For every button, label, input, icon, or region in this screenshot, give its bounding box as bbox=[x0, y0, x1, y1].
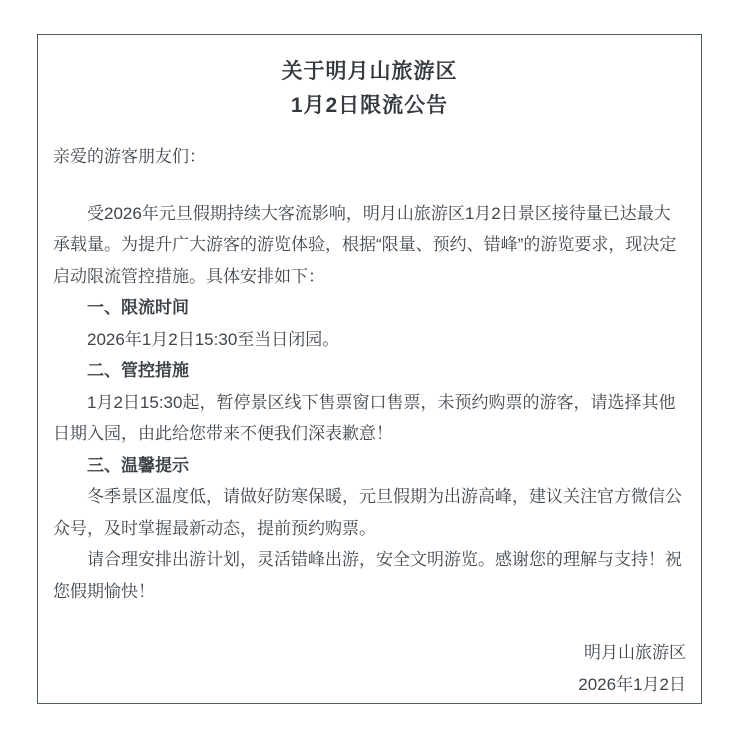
signature-date: 2026年1月2日 bbox=[53, 669, 686, 701]
signature-block: 明月山旅游区 2026年1月2日 bbox=[53, 637, 686, 700]
section-2-body: 1月2日15:30起，暂停景区线下售票窗口售票，未预约购票的游客，请选择其他日期… bbox=[53, 387, 686, 450]
section-3-heading: 三、温馨提示 bbox=[53, 450, 686, 482]
section-3-body: 冬季景区温度低，请做好防寒保暖，元旦假期为出游高峰，建议关注官方微信公众号，及时… bbox=[53, 481, 686, 544]
section-2-heading: 二、管控措施 bbox=[53, 355, 686, 387]
intro-paragraph: 受2026年元旦假期持续大客流影响，明月山旅游区1月2日景区接待量已达最大承载量… bbox=[53, 198, 686, 293]
notice-title-line1: 关于明月山旅游区 bbox=[53, 55, 686, 89]
section-1-heading: 一、限流时间 bbox=[53, 292, 686, 324]
notice-title-line2: 1月2日限流公告 bbox=[53, 89, 686, 123]
signature-name: 明月山旅游区 bbox=[53, 637, 686, 669]
notice-document: 关于明月山旅游区 1月2日限流公告 亲爱的游客朋友们： 受2026年元旦假期持续… bbox=[37, 34, 702, 704]
notice-title: 关于明月山旅游区 1月2日限流公告 bbox=[53, 55, 686, 123]
closing-paragraph: 请合理安排出游计划，灵活错峰出游，安全文明游览。感谢您的理解与支持！祝您假期愉快… bbox=[53, 544, 686, 607]
salutation: 亲爱的游客朋友们： bbox=[53, 141, 686, 173]
section-1-body: 2026年1月2日15:30至当日闭园。 bbox=[53, 324, 686, 356]
